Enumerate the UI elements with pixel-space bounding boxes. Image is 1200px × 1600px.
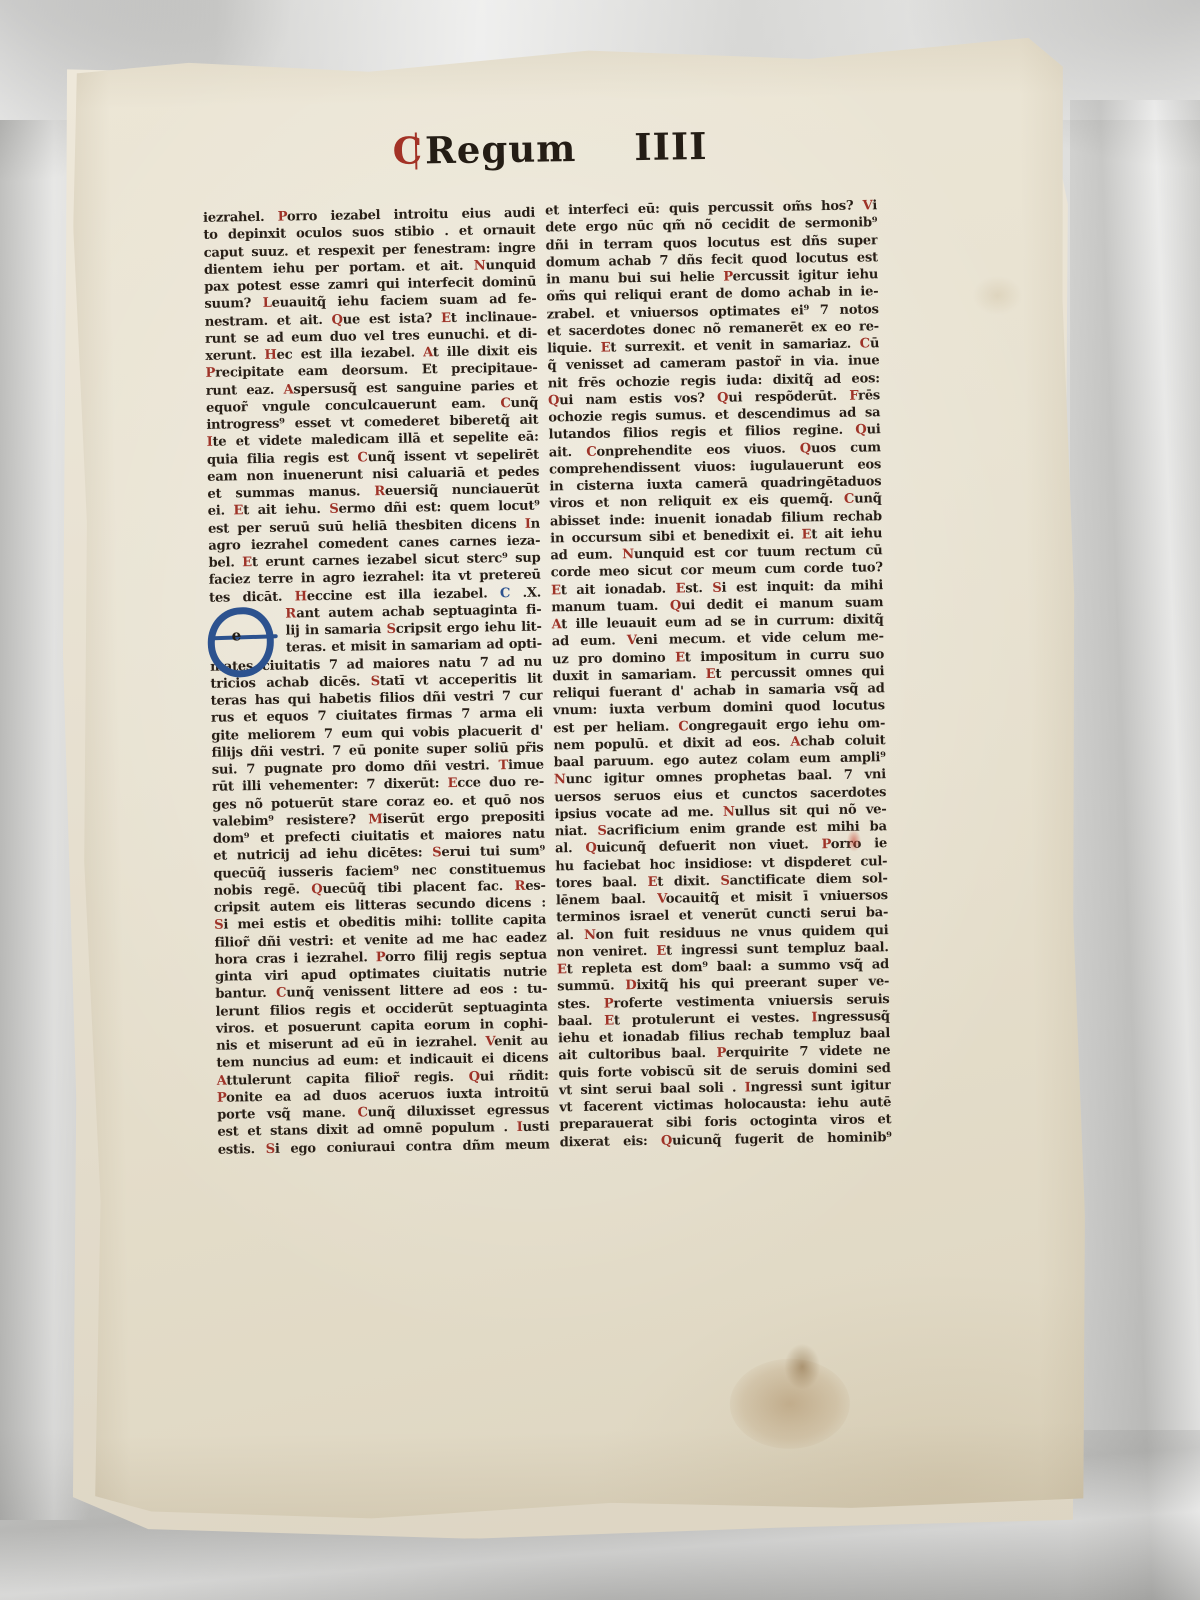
text-column-right: et interfeci eū: quis percussit om̃s hos… xyxy=(545,197,892,1151)
header-title: Regum xyxy=(425,126,577,172)
fabric-fold xyxy=(1070,100,1200,1600)
header-chapter-numeral: IIII xyxy=(634,124,708,169)
page-header: CRegumIIII xyxy=(70,119,1031,178)
guide-letter: e xyxy=(232,626,242,644)
stain xyxy=(729,1358,850,1450)
rubric-paraph-icon: C xyxy=(392,128,423,172)
stain xyxy=(784,1343,821,1390)
illuminated-initial-E: e xyxy=(205,605,280,672)
text-column-left: iezrahel. Porro iezabel introitu eius au… xyxy=(203,205,550,1159)
foxing-spot xyxy=(972,275,1023,316)
page-content: CRegumIIII iezrahel. Porro iezabel intro… xyxy=(68,34,1091,1526)
page-leaf: CRegumIIII iezrahel. Porro iezabel intro… xyxy=(68,34,1091,1526)
